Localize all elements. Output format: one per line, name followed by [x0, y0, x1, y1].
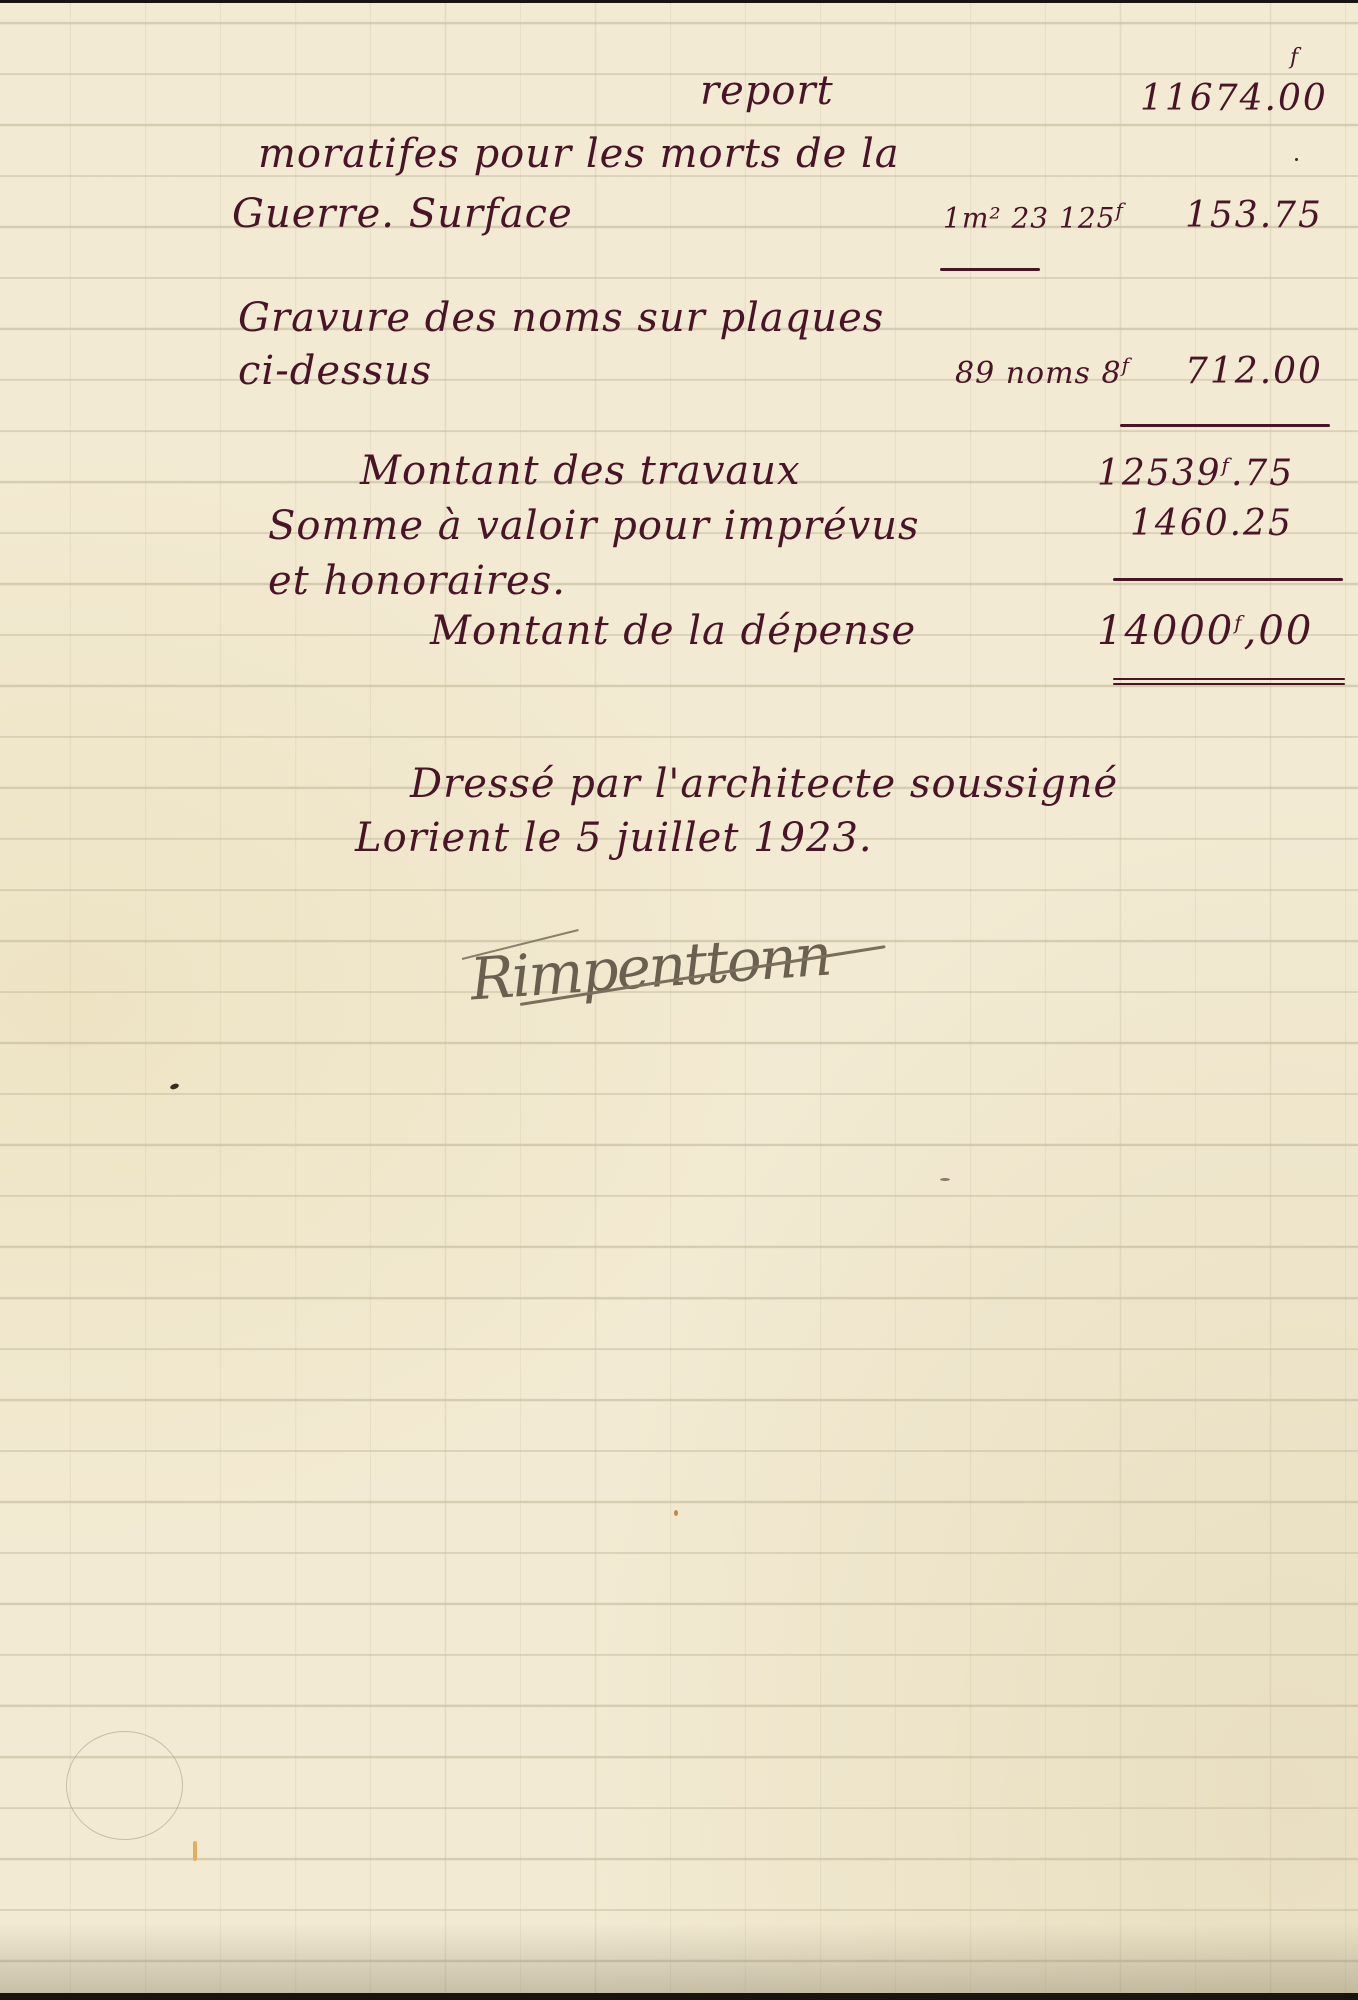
closing-line2: Lorient le 5 juillet 1923.: [355, 815, 873, 861]
item-2-quantity-price: 89 noms 8f: [955, 353, 1130, 391]
works-total-label: Montant des travaux: [360, 448, 801, 494]
carry-amount: 11674.00: [1140, 78, 1328, 119]
item-1-quantity-price: 1m² 23 125f: [943, 198, 1124, 234]
page-fold-shadow: [0, 1923, 1358, 1993]
expense-total-label: Montant de la dépense: [430, 608, 916, 654]
carry-currency-mark: f: [1290, 45, 1299, 70]
document-page: f report 11674.00 moratifes pour les mor…: [0, 3, 1358, 1993]
item-1-quantity: 1m² 23: [943, 201, 1049, 234]
closing-line1: Dressé par l'architecte soussigné: [410, 761, 1118, 807]
final-double-rule: [1113, 678, 1345, 680]
item-1-amount: 153.75: [1185, 195, 1323, 236]
reserve-label-line1: Somme à valoir pour imprévus: [268, 503, 920, 549]
reserve-label-line2: et honoraires.: [268, 558, 566, 604]
ink-dot: [1295, 158, 1298, 161]
works-total-amount: 12539f.75: [1097, 453, 1294, 494]
item-2-quantity: 89 noms: [955, 356, 1091, 391]
foxing-streak: [193, 1841, 197, 1861]
subtotal-short-rule: [940, 268, 1040, 271]
item-2-description-line1: Gravure des noms sur plaques: [238, 295, 884, 341]
carry-label: report: [700, 68, 834, 114]
foxing-spot: [674, 1510, 678, 1516]
expense-total-amount: 14000f,00: [1097, 608, 1313, 654]
item-1-description-line2: Guerre. Surface: [232, 191, 573, 237]
item-2-description-line2: ci-dessus: [238, 348, 432, 394]
expense-total-rule: [1113, 578, 1343, 581]
item-2-unit-mark: f: [1122, 353, 1130, 377]
ink-speck: [940, 1178, 950, 1181]
item-1-description-line1: moratifes pour les morts de la: [258, 131, 900, 177]
reserve-amount: 1460.25: [1130, 503, 1293, 544]
item-2-amount: 712.00: [1185, 351, 1323, 392]
item-1-unit-price: 125: [1059, 201, 1115, 234]
works-total-rule: [1120, 424, 1330, 427]
item-1-unit-mark: f: [1115, 198, 1123, 222]
item-2-unit-price: 8: [1101, 356, 1121, 391]
faint-circle-mark: [66, 1731, 183, 1840]
